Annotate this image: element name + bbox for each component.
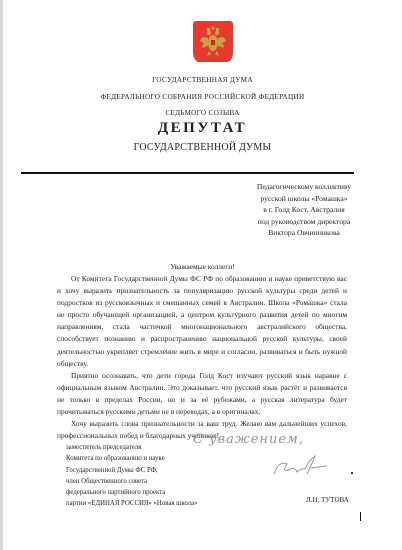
letter-page: ГОСУДАРСТВЕННАЯ ДУМА ФЕДЕРАЛЬНОГО СОБРАН… — [3, 0, 402, 550]
body-paragraph: От Комитета Государственной Думы ФС РФ п… — [57, 273, 347, 370]
signatory-title-line: заместитель председателя — [66, 442, 198, 453]
signatory-title-line: партии «ЕДИНАЯ РОССИЯ» «Новая школа» — [66, 498, 198, 509]
document-title: ДЕПУТАТ — [3, 120, 402, 137]
addressee-line: под руководством директора — [228, 216, 380, 228]
addressee-line: в г. Голд Кост, Австралия — [228, 204, 380, 216]
header-line-federal-assembly: ФЕДЕРАЛЬНОГО СОБРАНИЯ РОССИЙСКОЙ ФЕДЕРАЦ… — [3, 93, 402, 101]
signature-icon — [271, 450, 331, 480]
addressee-block: Педагогическому коллективу русской школы… — [228, 181, 380, 239]
signature-dot — [351, 472, 353, 474]
coat-of-arms-icon — [193, 21, 233, 62]
header-line-duma: ГОСУДАРСТВЕННАЯ ДУМА — [3, 76, 402, 84]
signatory-title-line: Комитета по образованию и науке — [66, 453, 198, 464]
salutation: Уважаемые коллеги! — [3, 262, 402, 271]
signatory-title-block: заместитель председателя Комитета по обр… — [66, 442, 198, 510]
signatory-title-line: федерального партийного проекта — [66, 487, 198, 498]
signatory-name: Л.Н. ТУТОВА — [306, 496, 349, 504]
signatory-title-line: Государственной Думы ФС РФ, — [66, 465, 198, 476]
header-line-convocation: СЕДЬМОГО СОЗЫВА — [3, 109, 402, 117]
document-subtitle: ГОСУДАРСТВЕННОЙ ДУМЫ — [3, 142, 402, 153]
header-divider — [21, 172, 354, 174]
letter-body: От Комитета Государственной Думы ФС РФ п… — [57, 273, 347, 442]
handwritten-closing: С уважением, — [193, 432, 304, 447]
text-cursor — [360, 512, 361, 521]
addressee-line: русской школы «Ромашка» — [228, 193, 380, 205]
body-paragraph: Приятно осознавать, что дети города Голд… — [57, 370, 347, 418]
signatory-title-line: член Общественного совета — [66, 476, 198, 487]
addressee-line: Педагогическому коллективу — [228, 181, 380, 193]
double-headed-eagle-icon — [198, 26, 228, 58]
addressee-line: Виктора Овчинникова — [228, 227, 380, 239]
